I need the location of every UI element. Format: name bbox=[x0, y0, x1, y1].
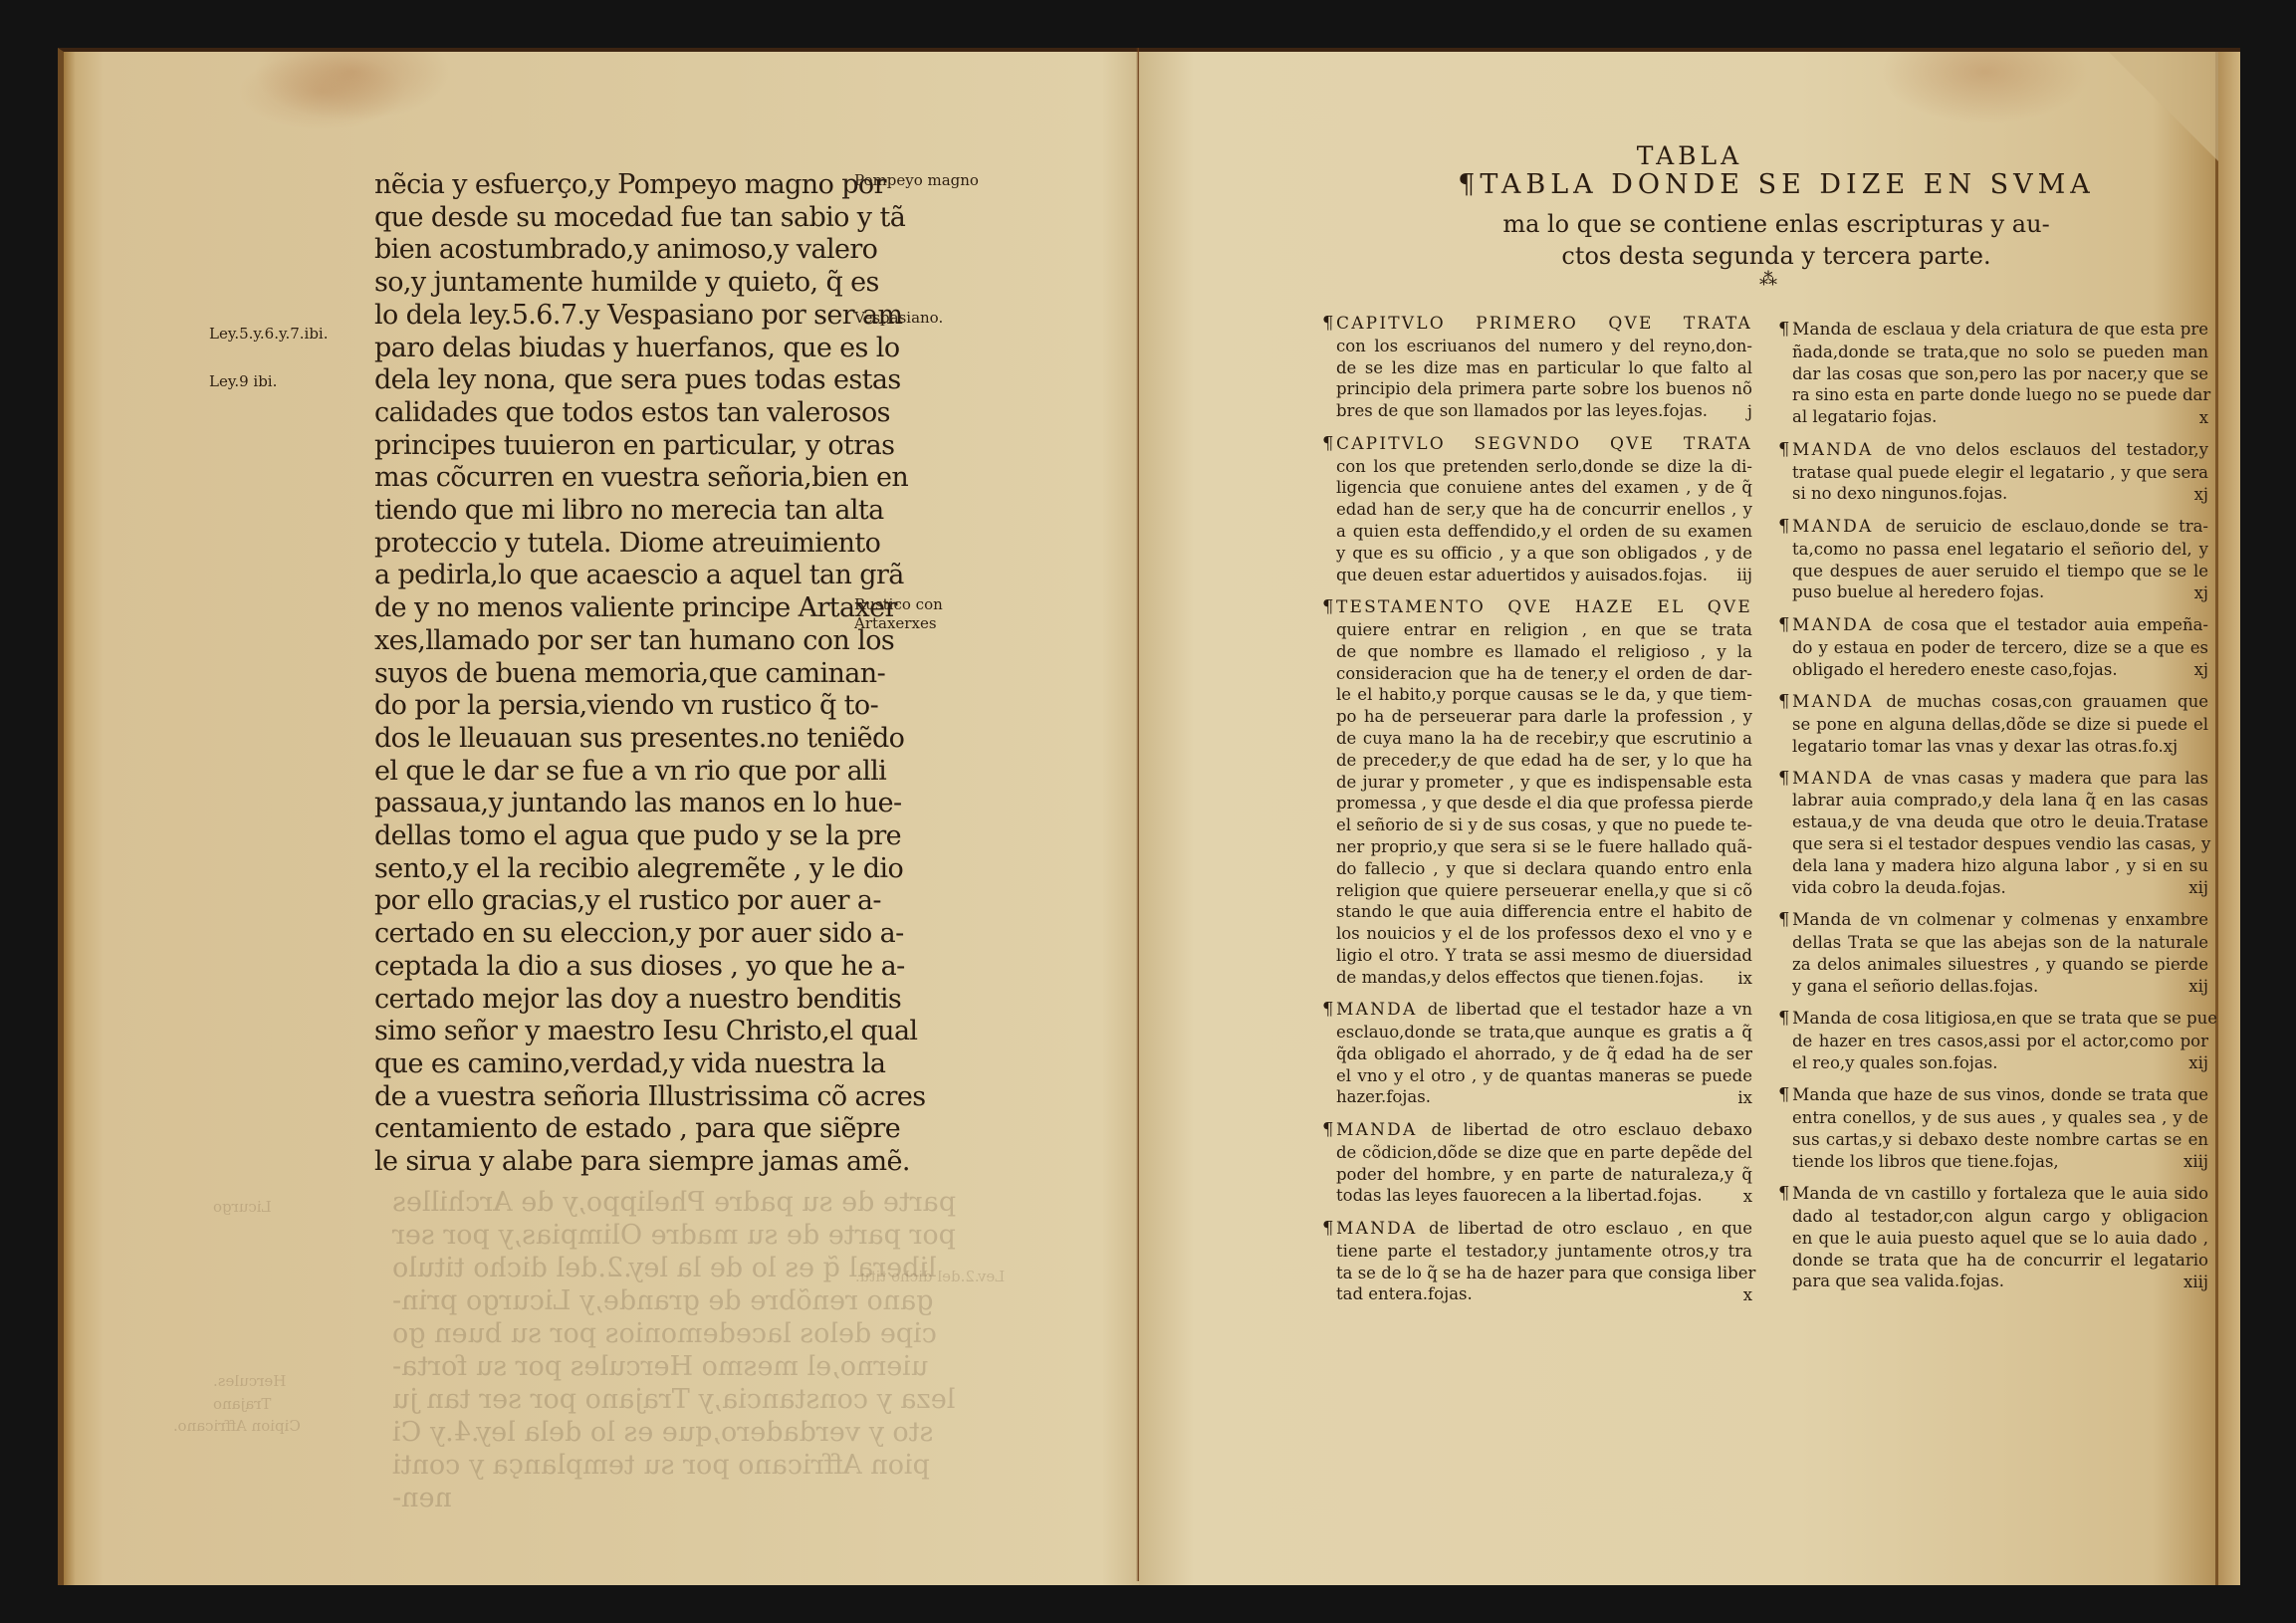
entry-line: ñada,donde se trata,que no solo se puede… bbox=[1792, 342, 2208, 363]
entry-line: ligencia que conuiene antes del examen ,… bbox=[1336, 477, 1752, 499]
body-line: xes,llamado por ser tan humano con los bbox=[374, 625, 852, 658]
body-line: simo señor y maestro Iesu Christo,el qua… bbox=[374, 1016, 852, 1048]
body-line: el que le dar se fue a vn rio que por al… bbox=[374, 756, 852, 789]
pilcrow-icon: ¶ bbox=[1322, 313, 1333, 335]
entry-line: ta se de lo q̃ se ha de hazer para que c… bbox=[1336, 1263, 1752, 1284]
entry-line: a quien esta deffendido,y el orden de su… bbox=[1336, 521, 1752, 543]
pilcrow-icon: ¶ bbox=[1778, 1183, 1789, 1205]
table-entry: ¶MANDA de libertad que el testador haze … bbox=[1322, 999, 1752, 1109]
body-line: proteccio y tutela. Diome atreuimiento bbox=[374, 528, 852, 561]
entry-heading: Manda bbox=[1792, 1085, 1857, 1105]
entry-line: de jurar y prometer , y que es indispens… bbox=[1336, 772, 1752, 794]
entry-line: ta,como no passa enel legatario el señor… bbox=[1792, 539, 2208, 561]
entry-line: tratase qual puede elegir el legatario ,… bbox=[1792, 462, 2208, 484]
entry-line: MANDA de libertad que el testador haze a… bbox=[1336, 999, 1752, 1022]
body-line: do por la persia,viendo vn rustico q̃ to… bbox=[374, 690, 852, 723]
entry-line: los nouicios y el de los professos dexo … bbox=[1336, 923, 1752, 945]
entry-line: ner proprio,y que sera si se le fuere ha… bbox=[1336, 836, 1752, 858]
body-line: a pedirla,lo que acaescio a aquel tan gr… bbox=[374, 560, 852, 592]
entry-line: legatario tomar las vnas y dexar las otr… bbox=[1792, 736, 2208, 758]
entry-line: MANDA de cosa que el testador auia empeñ… bbox=[1792, 614, 2208, 637]
bleed-through-line: por parte de su madre Olimpias,y por ser bbox=[392, 1220, 956, 1253]
table-entry: ¶CAPITVLO SEGVNDO QVE TRATA con los que … bbox=[1322, 433, 1752, 586]
entry-heading: CAPITVLO PRIMERO QVE TRATA bbox=[1336, 314, 1752, 334]
entry-line: ligio el otro. Y trata se assi mesmo de … bbox=[1336, 945, 1752, 967]
body-line: nẽcia y esfuerço,y Pompeyo magno por bbox=[374, 169, 852, 202]
entry-line: de cuya mano la ha de recebir,y que escr… bbox=[1336, 728, 1752, 750]
margin-note-left: Ley.9 ibi. bbox=[209, 372, 277, 391]
entry-line: MANDA de vnas casas y madera que para la… bbox=[1792, 768, 2208, 791]
entry-line: Manda de vn castillo y fortaleza que le … bbox=[1792, 1183, 2208, 1206]
bleed-through-line: pion Affricano por su templança y conti bbox=[392, 1450, 930, 1483]
bleed-through-note: Cipion Affricano. bbox=[173, 1416, 301, 1436]
entry-heading: Manda bbox=[1792, 320, 1857, 340]
margin-note-left: Ley.5.y.6.y.7.ibi. bbox=[209, 325, 329, 344]
table-entry: ¶MANDA de seruicio de esclauo,donde se t… bbox=[1778, 516, 2208, 604]
book-spread: parte de su padre Phelippo,y de Archille… bbox=[58, 48, 2240, 1581]
entry-line: el señorio de si y de sus cosas, y que n… bbox=[1336, 814, 1752, 836]
bleed-through-note: Hercules. bbox=[213, 1371, 286, 1391]
entry-line: todas las leyes fauorecen a la libertad.… bbox=[1336, 1185, 1752, 1207]
entry-line: que sera si el testador despues vendio l… bbox=[1792, 833, 2208, 855]
dedication-body-text: nẽcia y esfuerço,y Pompeyo magno porque … bbox=[374, 169, 852, 1179]
entry-line: entra conellos, y de sus aues , y quales… bbox=[1792, 1107, 2208, 1129]
pilcrow-icon: ¶ bbox=[1322, 1119, 1333, 1141]
table-entry: ¶MANDA de libertad de otro esclauo debax… bbox=[1322, 1119, 1752, 1208]
body-line: dellas tomo el agua que pudo y se la pre bbox=[374, 820, 852, 853]
entry-line: bres de que son llamados por las leyes.f… bbox=[1336, 400, 1752, 422]
table-title: ¶TABLA DONDE SE DIZE EN SVMA bbox=[1458, 169, 2095, 200]
bleed-through-line: parte de su padre Phelippo,y de Archille… bbox=[392, 1187, 956, 1220]
body-line: ceptada la dio a sus dioses , yo que he … bbox=[374, 951, 852, 984]
pilcrow-icon: ¶ bbox=[1778, 516, 1789, 538]
body-line: bien acostumbrado,y animoso,y valero bbox=[374, 234, 852, 267]
bleed-through-line: gano renõbre de grande,y Licurgo prin- bbox=[392, 1285, 934, 1318]
table-entry: ¶TESTAMENTO QVE HAZE EL QVE quiere entra… bbox=[1322, 596, 1752, 989]
pilcrow-icon: ¶ bbox=[1322, 999, 1333, 1021]
entry-line: MANDA de vno delos esclauos del testador… bbox=[1792, 439, 2208, 462]
table-subtitle-line-2: ctos desta segunda y tercera parte. bbox=[1458, 241, 2095, 272]
table-entry: ¶Manda que haze de sus vinos, donde se t… bbox=[1778, 1084, 2208, 1173]
table-entry: ¶MANDA de muchas cosas,con grauamen ques… bbox=[1778, 691, 2208, 757]
entry-line: le el habito,y porque causas se le da, y… bbox=[1336, 684, 1752, 706]
entry-line: Manda de vn colmenar y colmenas y enxamb… bbox=[1792, 909, 2208, 932]
entry-heading: MANDA bbox=[1792, 440, 1886, 460]
entry-line: do fallecio , y que si declara quando en… bbox=[1336, 858, 1752, 880]
body-line: mas cõcurren en vuestra señoria,bien en bbox=[374, 462, 852, 495]
entry-heading: Manda bbox=[1792, 910, 1860, 930]
entry-line: edad han de ser,y que ha de concurrir en… bbox=[1336, 499, 1752, 521]
pilcrow-icon: ¶ bbox=[1322, 1218, 1333, 1240]
entry-line: Manda que haze de sus vinos, donde se tr… bbox=[1792, 1084, 2208, 1107]
body-line: suyos de buena memoria,que caminan- bbox=[374, 658, 852, 691]
entry-line: religion que quiere perseuerar enella,y … bbox=[1336, 880, 1752, 902]
entry-line: poder del hombre, y en parte de naturale… bbox=[1336, 1164, 1752, 1186]
pilcrow-icon: ¶ bbox=[1778, 1008, 1789, 1030]
body-line: dela ley nona, que sera pues todas estas bbox=[374, 364, 852, 397]
body-line: certado en su eleccion,y por auer sido a… bbox=[374, 918, 852, 951]
pilcrow-icon: ¶ bbox=[1322, 433, 1333, 455]
entry-line: quiere entrar en religion , en que se tr… bbox=[1336, 619, 1752, 641]
body-line: sento,y el la recibio alegremẽte , y le … bbox=[374, 853, 852, 886]
pilcrow-icon: ¶ bbox=[1322, 596, 1333, 618]
body-line: lo dela ley.5.6.7.y Vespasiano por ser a… bbox=[374, 300, 852, 333]
pilcrow-icon: ¶ bbox=[1778, 614, 1789, 636]
entry-heading: MANDA bbox=[1336, 1219, 1429, 1239]
entry-line: ra sino esta en parte donde luego no se … bbox=[1792, 384, 2208, 406]
entry-line: MANDA de seruicio de esclauo,donde se tr… bbox=[1792, 516, 2208, 539]
entry-line: donde se trata que ha de concurrir el le… bbox=[1792, 1250, 2208, 1272]
pilcrow-icon: ¶ bbox=[1778, 439, 1789, 461]
pilcrow-icon: ¶ bbox=[1778, 909, 1789, 931]
entry-line: Manda de esclaua y dela criatura de que … bbox=[1792, 319, 2208, 342]
entry-line: y que es su officio , y a que son obliga… bbox=[1336, 543, 1752, 565]
left-page: parte de su padre Phelippo,y de Archille… bbox=[58, 48, 1145, 1585]
bleed-through-note: Lev.2.del dicho titu. bbox=[855, 1267, 1005, 1286]
entry-line: MANDA de muchas cosas,con grauamen que bbox=[1792, 691, 2208, 714]
entry-heading: TESTAMENTO QVE HAZE EL QVE bbox=[1336, 597, 1752, 617]
page-edge bbox=[2215, 52, 2240, 1585]
entry-heading: CAPITVLO SEGVNDO QVE TRATA bbox=[1336, 434, 1752, 454]
entry-line: MANDA de libertad de otro esclauo debaxo bbox=[1336, 1119, 1752, 1142]
body-line: dos le lleuauan sus presentes.no teniẽdo bbox=[374, 723, 852, 756]
body-line: passaua,y juntando las manos en lo hue- bbox=[374, 788, 852, 820]
entry-line: po ha de perseuerar para darle la profes… bbox=[1336, 706, 1752, 728]
entry-line: de preceder,y de que edad ha de ser, y l… bbox=[1336, 750, 1752, 772]
table-column-2: ¶Manda de esclaua y dela criatura de que… bbox=[1778, 319, 2208, 1303]
entry-line: dar las cosas que son,pero las por nacer… bbox=[1792, 363, 2208, 385]
entry-line: dado al testador,con algun cargo y oblig… bbox=[1792, 1206, 2208, 1228]
entry-line: de mandas,y delos effectos que tienen.fo… bbox=[1336, 967, 1752, 989]
entry-line: MANDA de libertad de otro esclauo , en q… bbox=[1336, 1218, 1752, 1241]
table-entry: ¶Manda de cosa litigiosa,en que se trata… bbox=[1778, 1008, 2208, 1074]
table-entry: ¶Manda de vn castillo y fortaleza que le… bbox=[1778, 1183, 2208, 1293]
entry-line: dellas Trata se que las abejas son de la… bbox=[1792, 932, 2208, 954]
bleed-through-line: nen- bbox=[392, 1483, 452, 1515]
entry-line: stando le que auia differencia entre el … bbox=[1336, 901, 1752, 923]
entry-line: tiene parte el testador,y juntamente otr… bbox=[1336, 1241, 1752, 1263]
table-subtitle-line-1: ma lo que se contiene enlas escripturas … bbox=[1458, 209, 2095, 240]
entry-line: consideracion que ha de tener,y el orden… bbox=[1336, 663, 1752, 685]
entry-line: do y estaua en poder de tercero, dize se… bbox=[1792, 637, 2208, 659]
entry-line: sus cartas,y si debaxo deste nombre cart… bbox=[1792, 1129, 2208, 1151]
entry-line: promessa , y que desde el dia que profes… bbox=[1336, 793, 1752, 814]
entry-heading: Manda bbox=[1792, 1009, 1857, 1029]
pilcrow-icon: ¶ bbox=[1778, 1084, 1789, 1106]
table-entry: ¶MANDA de cosa que el testador auia empe… bbox=[1778, 614, 2208, 681]
table-entry: ¶MANDA de vnas casas y madera que para l… bbox=[1778, 768, 2208, 900]
entry-line: de hazer en tres casos,assi por el actor… bbox=[1792, 1031, 2208, 1052]
entry-line: se pone en alguna dellas,dõde se dize si… bbox=[1792, 714, 2208, 736]
entry-heading: MANDA bbox=[1792, 692, 1886, 712]
entry-line: estaua,y de vna deuda que otro le deuia.… bbox=[1792, 811, 2208, 833]
entry-line: de se les dize mas en particular lo que … bbox=[1336, 357, 1752, 379]
bleed-through-note: Licurgo bbox=[213, 1197, 272, 1217]
entry-line: en que le auia puesto aquel que se lo au… bbox=[1792, 1228, 2208, 1250]
table-entry: ¶Manda de vn colmenar y colmenas y enxam… bbox=[1778, 909, 2208, 998]
running-head: TABLA bbox=[1139, 141, 2240, 170]
body-line: certado mejor las doy a nuestro benditis bbox=[374, 984, 852, 1017]
entry-line: con los que pretenden serlo,donde se diz… bbox=[1336, 456, 1752, 478]
body-line: tiendo que mi libro no merecia tan alta bbox=[374, 495, 852, 528]
entry-line: dela lana y madera hizo alguna labor , y… bbox=[1792, 855, 2208, 877]
entry-line: principio dela primera parte sobre los b… bbox=[1336, 378, 1752, 400]
entry-line: labrar auia comprado,y dela lana q̃ en l… bbox=[1792, 790, 2208, 811]
bleed-through-line: sto y verdadero,que es lo dela ley.4.y C… bbox=[392, 1417, 933, 1450]
bleed-through-line: uierno,el mesmo Hercules por su forta- bbox=[392, 1351, 928, 1384]
right-page: TABLA ¶TABLA DONDE SE DIZE EN SVMA ma lo… bbox=[1139, 48, 2240, 1585]
entry-heading: Manda bbox=[1792, 1184, 1858, 1204]
body-line: de y no menos valiente principe Artaxer bbox=[374, 592, 852, 625]
table-column-1: ¶CAPITVLO PRIMERO QVE TRATA con los escr… bbox=[1322, 313, 1752, 1316]
body-line: de a vuestra señoria Illustrissima cõ ac… bbox=[374, 1081, 852, 1114]
body-line: paro delas biudas y huerfanos, que es lo bbox=[374, 333, 852, 365]
body-line: le sirua y alabe para siempre jamas amẽ. bbox=[374, 1146, 852, 1179]
body-line: so,y juntamente humilde y quieto, q̃ es bbox=[374, 267, 852, 300]
body-line: por ello gracias,y el rustico por auer a… bbox=[374, 885, 852, 918]
body-line: que desde su mocedad fue tan sabio y tã bbox=[374, 202, 852, 235]
entry-heading: MANDA bbox=[1792, 769, 1884, 789]
bleed-through-note: Trajano bbox=[213, 1394, 271, 1414]
body-line: principes tuuieron en particular, y otra… bbox=[374, 430, 852, 463]
entry-heading: MANDA bbox=[1336, 1000, 1428, 1020]
entry-heading: MANDA bbox=[1336, 1120, 1432, 1140]
table-entry: ¶MANDA de libertad de otro esclauo , en … bbox=[1322, 1218, 1752, 1306]
body-line: calidades que todos estos tan valerosos bbox=[374, 397, 852, 430]
pilcrow-icon: ¶ bbox=[1778, 319, 1789, 341]
fleuron-ornament-icon: ⁂ bbox=[1759, 269, 1777, 290]
table-entry: ¶Manda de esclaua y dela criatura de que… bbox=[1778, 319, 2208, 429]
entry-line: de cõdicion,dõde se dize que en parte de… bbox=[1336, 1142, 1752, 1164]
table-entry: ¶CAPITVLO PRIMERO QVE TRATA con los escr… bbox=[1322, 313, 1752, 423]
entry-line: que despues de auer seruido el tiempo qu… bbox=[1792, 561, 2208, 582]
table-entry: ¶MANDA de vno delos esclauos del testado… bbox=[1778, 439, 2208, 506]
entry-line: Manda de cosa litigiosa,en que se trata … bbox=[1792, 1008, 2208, 1031]
entry-heading: MANDA bbox=[1792, 517, 1886, 537]
entry-line: za delos animales siluestres , y quando … bbox=[1792, 954, 2208, 976]
entry-line: q̃da obligado el ahorrado, y de q̃ edad … bbox=[1336, 1043, 1752, 1065]
body-line: que es camino,verdad,y vida nuestra la bbox=[374, 1048, 852, 1081]
pilcrow-icon: ¶ bbox=[1778, 691, 1789, 713]
body-line: centamiento de estado , para que siẽpre bbox=[374, 1113, 852, 1146]
entry-line: el vno y el otro , y de quantas maneras … bbox=[1336, 1065, 1752, 1087]
entry-line: esclauo,donde se trata,que aunque es gra… bbox=[1336, 1022, 1752, 1043]
pilcrow-icon: ¶ bbox=[1778, 768, 1789, 790]
entry-line: de que nombre es llamado el religioso , … bbox=[1336, 641, 1752, 663]
entry-line: que deuen estar aduertidos y auisados.fo… bbox=[1336, 565, 1752, 586]
entry-line: con los escriuanos del numero y del reyn… bbox=[1336, 336, 1752, 357]
bleed-through-line: cipe delos lacedemonios por su buen go bbox=[392, 1318, 937, 1351]
entry-heading: MANDA bbox=[1792, 615, 1883, 635]
bleed-through-line: leza y constancia,y Trajano por ser tan … bbox=[392, 1384, 955, 1417]
